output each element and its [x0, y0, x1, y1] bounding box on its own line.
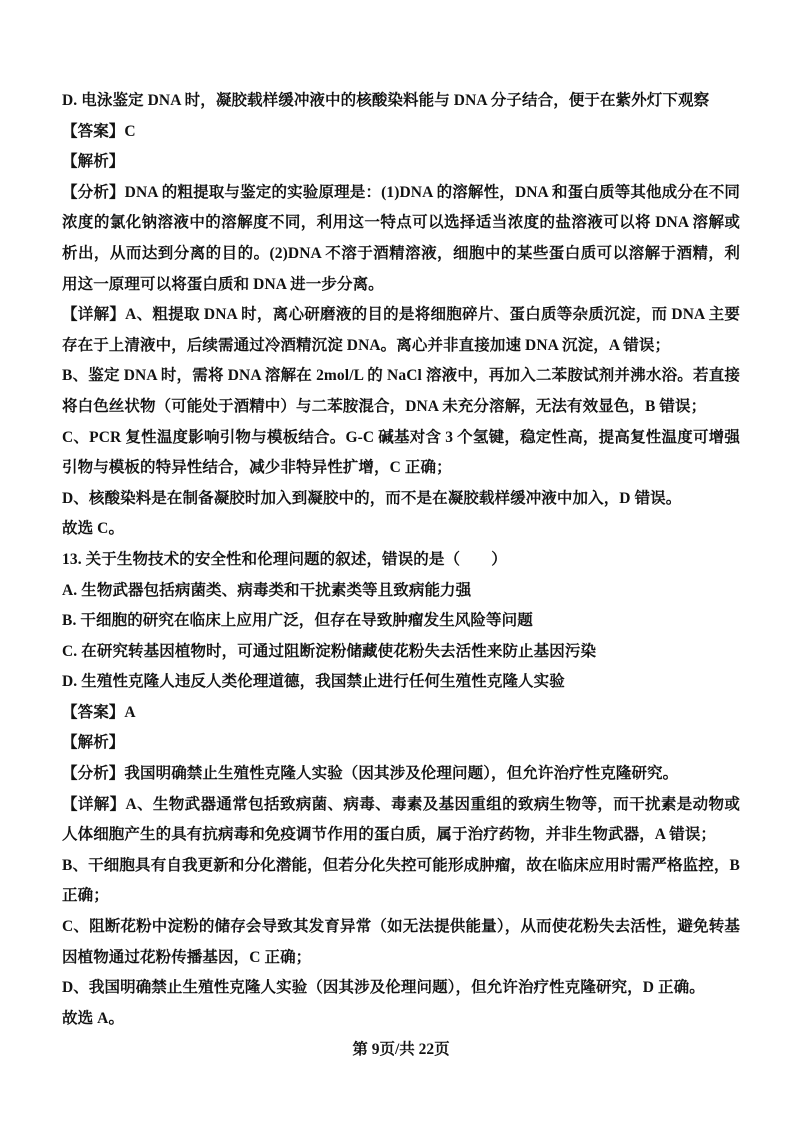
q12-option-d: D. 电泳鉴定 DNA 时，凝胶载样缓冲液中的核酸染料能与 DNA 分子结合，便… [62, 86, 740, 117]
q13-answer: 【答案】A [62, 698, 740, 729]
q12-analysis-label: 【解析】 [62, 147, 740, 178]
q13-detail-a: 【详解】A、生物武器通常包括致病菌、病毒、毒素及基因重组的致病生物等，而干扰素是… [62, 790, 740, 851]
q13-detail-c: C、阻断花粉中淀粉的储存会导致其发育异常（如无法提供能量），从而使花粉失去活性，… [62, 912, 740, 973]
q12-analysis: 【分析】DNA 的粗提取与鉴定的实验原理是：(1)DNA 的溶解性，DNA 和蛋… [62, 178, 740, 300]
q12-detail-d: D、核酸染料是在制备凝胶时加入到凝胶中的，而不是在凝胶载样缓冲液中加入，D 错误… [62, 484, 740, 515]
q13-conclusion: 故选 A。 [62, 1004, 740, 1035]
q12-conclusion: 故选 C。 [62, 514, 740, 545]
q13-option-d: D. 生殖性克隆人违反人类伦理道德，我国禁止进行任何生殖性克隆人实验 [62, 667, 740, 698]
q13-stem: 13. 关于生物技术的安全性和伦理问题的叙述，错误的是（ ） [62, 545, 740, 576]
q13-option-a: A. 生物武器包括病菌类、病毒类和干扰素类等且致病能力强 [62, 576, 740, 607]
question-13-block: 13. 关于生物技术的安全性和伦理问题的叙述，错误的是（ ） A. 生物武器包括… [62, 545, 740, 1035]
q13-analysis: 【分析】我国明确禁止生殖性克隆人实验（因其涉及伦理问题），但允许治疗性克隆研究。 [62, 759, 740, 790]
q12-answer: 【答案】C [62, 117, 740, 148]
q13-option-b: B. 干细胞的研究在临床上应用广泛，但存在导致肿瘤发生风险等问题 [62, 606, 740, 637]
q13-detail-b: B、干细胞具有自我更新和分化潜能，但若分化失控可能形成肿瘤，故在临床应用时需严格… [62, 851, 740, 912]
q12-detail-c: C、PCR 复性温度影响引物与模板结合。G-C 碱基对含 3 个氢键，稳定性高，… [62, 423, 740, 484]
q12-detail-b: B、鉴定 DNA 时，需将 DNA 溶解在 2mol/L 的 NaCl 溶液中，… [62, 361, 740, 422]
q13-analysis-label: 【解析】 [62, 728, 740, 759]
q13-option-c: C. 在研究转基因植物时，可通过阻断淀粉储藏使花粉失去活性来防止基因污染 [62, 637, 740, 668]
exam-answer-page: D. 电泳鉴定 DNA 时，凝胶载样缓冲液中的核酸染料能与 DNA 分子结合，便… [0, 0, 800, 1132]
q12-detail-a: 【详解】A、粗提取 DNA 时，离心研磨液的目的是将细胞碎片、蛋白质等杂质沉淀，… [62, 300, 740, 361]
page-content: D. 电泳鉴定 DNA 时，凝胶载样缓冲液中的核酸染料能与 DNA 分子结合，便… [62, 86, 740, 1034]
q13-detail-d: D、我国明确禁止生殖性克隆人实验（因其涉及伦理问题），但允许治疗性克隆研究，D … [62, 973, 740, 1004]
page-number-footer: 第 9页/共 22页 [62, 1035, 740, 1066]
question-12-block: D. 电泳鉴定 DNA 时，凝胶载样缓冲液中的核酸染料能与 DNA 分子结合，便… [62, 86, 740, 545]
